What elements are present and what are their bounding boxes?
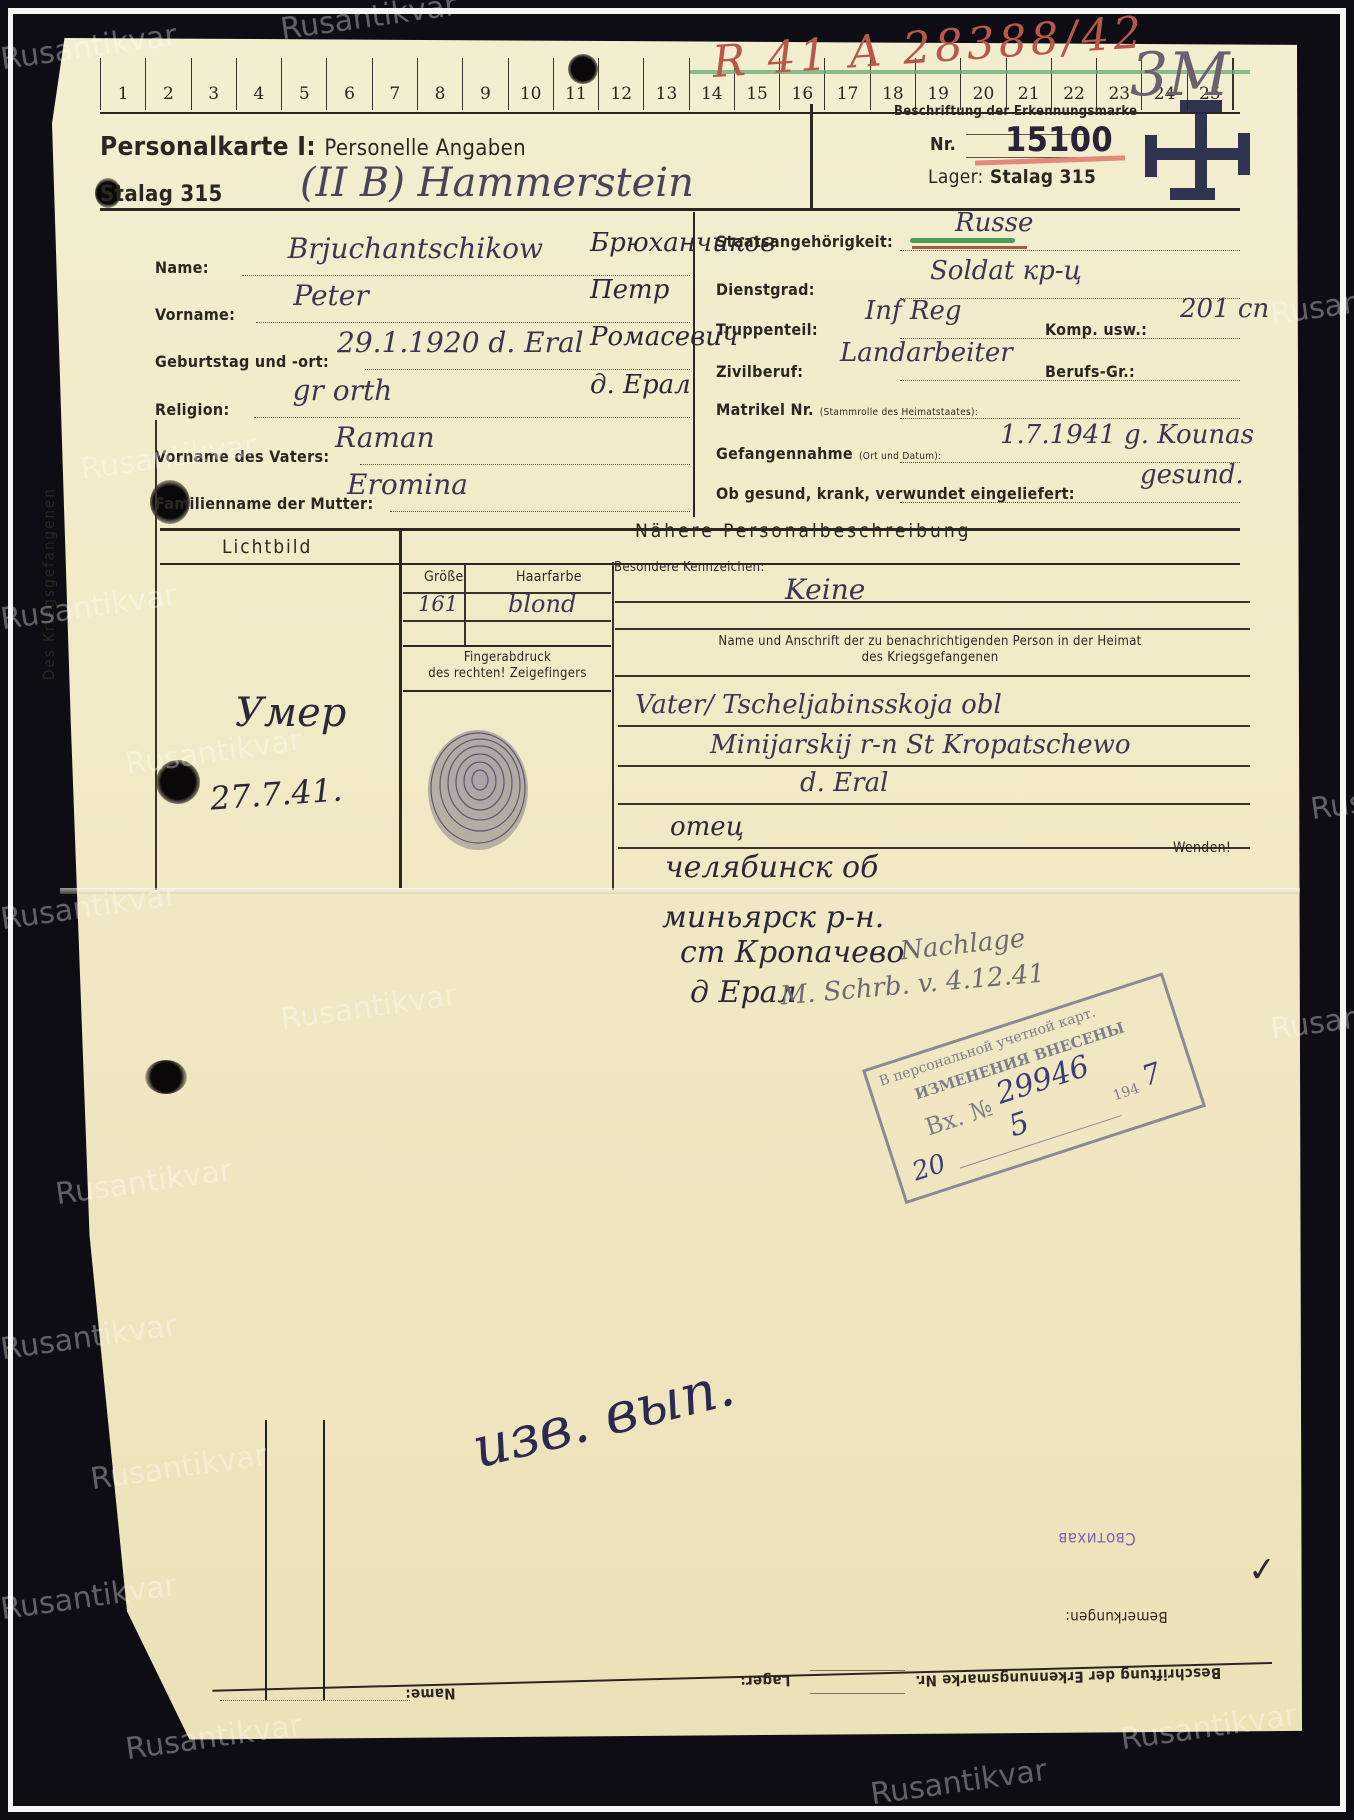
tag-box-divider	[810, 104, 813, 210]
fingerprint-top-rule	[403, 645, 611, 647]
field-extra-value: 201 сп	[1180, 294, 1269, 324]
field-label-text: Staatsangehörigkeit:	[716, 232, 893, 251]
field-value: Russe	[955, 208, 1033, 238]
stamp-day: 20	[909, 1149, 950, 1188]
size-label: Größe	[424, 569, 464, 585]
tag-lager-value: Stalag 315	[990, 166, 1096, 188]
burn-hole	[145, 1060, 187, 1094]
grid-cell: 3	[191, 58, 236, 110]
grid-cell: 4	[236, 58, 281, 110]
tag-lager-label: Lager:	[928, 166, 984, 188]
grid-cell: 9	[462, 58, 507, 110]
field-label: Vorname:	[155, 305, 235, 324]
grid-cell: 7	[372, 58, 417, 110]
cyrillic-note: ст Кропачево	[680, 935, 904, 970]
field-line	[360, 464, 690, 465]
field-label: Religion:	[155, 400, 230, 419]
field-annotation: Петр	[590, 275, 669, 305]
field-label-text: Gefangennahme	[716, 444, 853, 463]
description-heading: Nähere Personalbeschreibung	[635, 520, 972, 542]
tag-box-heading: Beschriftung der Erkennungsmarke	[894, 104, 1137, 119]
hair-value: blond	[508, 590, 576, 618]
size-hair-divider	[464, 565, 466, 647]
field-line	[900, 502, 1240, 503]
contact-rule	[618, 725, 1250, 727]
violet-stamp: Свотихав	[1058, 1528, 1136, 1548]
marks-label: Besondere Kennzeichen:	[614, 560, 765, 575]
field-label: Staatsangehörigkeit:	[716, 232, 893, 251]
card-title-text: Personalkarte I:	[100, 132, 316, 162]
torn-line-2	[323, 1420, 325, 1700]
fingerprint-bottom-rule	[403, 690, 611, 692]
field-label-text: Matrikel Nr.	[716, 400, 814, 419]
contact-heading: Name und Anschrift der zu benachrichtige…	[615, 634, 1245, 666]
photo-divider	[399, 530, 402, 888]
field-value: gesund.	[1140, 460, 1244, 490]
burn-hole	[156, 760, 200, 804]
field-value: 29.1.1920 d. Eral	[337, 326, 584, 359]
grid-cell: 12	[598, 58, 643, 110]
grid-cell: 11	[553, 58, 598, 110]
card-subtitle: Personelle Angaben	[324, 136, 526, 161]
field-value: Eromina	[347, 468, 468, 501]
field-value: 1.7.1941 g. Kounas	[1000, 420, 1254, 450]
field-label: Geburtstag und -ort:	[155, 352, 329, 371]
tag-nr-label: Nr.	[930, 134, 956, 155]
contact-line: d. Eral	[800, 768, 888, 798]
marks-rule-2	[615, 628, 1250, 630]
field-label-text: Zivilberuf:	[716, 362, 803, 381]
field-value: gr orth	[293, 374, 393, 407]
cyrillic-note: миньярск р-н.	[662, 900, 884, 935]
field-label-text: Ob gesund, krank, verwundet eingeliefert…	[716, 484, 1075, 503]
red-underline-2	[912, 246, 1027, 249]
field-extra-label: Komp. usw.:	[1045, 320, 1147, 339]
stamp-line-3: Вх. №	[922, 1093, 996, 1141]
field-value: Peter	[293, 279, 368, 312]
field-label-text: Dienstgrad:	[716, 280, 815, 299]
size-rule-2	[403, 620, 611, 622]
field-sublabel: (Ort und Datum):	[859, 451, 941, 462]
card-title: Personalkarte I: Personelle Angaben	[100, 132, 526, 162]
field-label: Name:	[155, 258, 209, 277]
field-label: Vorname des Vaters:	[155, 447, 329, 466]
remarks-label: Bemerkungen:	[1065, 1608, 1168, 1626]
photo-heading: Lichtbild	[222, 536, 312, 558]
field-label: Zivilberuf:	[716, 362, 803, 381]
hair-label: Haarfarbe	[516, 569, 582, 585]
grid-cell: 8	[417, 58, 462, 110]
field-label: Ob gesund, krank, verwundet eingeliefert…	[716, 484, 1075, 503]
field-line	[390, 511, 690, 512]
camp-label: Stalag 315	[100, 182, 223, 207]
grid-cell: 2	[145, 58, 190, 110]
fingerprint-label: Fingerabdruck des rechten! Zeigefingers	[405, 650, 610, 682]
section-rule	[100, 208, 1240, 211]
contact-rule	[618, 847, 1250, 849]
fingerprint-label-2: des rechten! Zeigefingers	[405, 666, 610, 682]
grid-cell: 13	[643, 58, 688, 110]
contact-heading-2: des Kriegsgefangenen	[615, 650, 1245, 666]
torn-line	[265, 1420, 267, 1700]
contact-rule	[618, 803, 1250, 805]
field-annotation: д. Ерал	[590, 370, 691, 400]
field-label: Matrikel Nr.(Stammrolle des Heimatstaate…	[716, 400, 978, 419]
field-label: Familienname der Mutter:	[155, 494, 374, 513]
field-value: Landarbeiter	[840, 338, 1013, 368]
field-value: Inf Reg	[865, 296, 962, 326]
checkmark-icon: ✓	[1246, 1549, 1278, 1591]
hair-marks-divider	[612, 562, 614, 890]
contact-line: Vater/ Tscheljabinsskoja obl	[635, 690, 1002, 720]
tag-lager: Lager: Stalag 315	[928, 166, 1096, 188]
field-line	[900, 418, 1240, 419]
size-value: 161	[418, 592, 458, 616]
footer-label-3: Name:	[405, 1684, 456, 1703]
contact-rule-0	[615, 675, 1250, 677]
contact-heading-1: Name und Anschrift der zu benachrichtige…	[615, 634, 1245, 650]
field-value: Raman	[335, 421, 435, 454]
contact-line: отец	[670, 812, 744, 842]
grid-cell: 1	[100, 58, 145, 110]
fingerprint-icon	[420, 725, 535, 855]
field-value: Soldat кр-ц	[930, 256, 1082, 286]
marks-rule-1	[615, 601, 1250, 603]
vertical-label: Des Kriegsgefangenen	[40, 380, 58, 680]
photo-note: Умер	[235, 690, 346, 736]
stamp-year-suffix: 7	[1138, 1056, 1165, 1093]
cyrillic-note: челябинск об	[665, 850, 878, 885]
tag-nr-value: 15100	[1005, 120, 1113, 160]
green-underline	[910, 238, 1015, 243]
footer-dots	[220, 1700, 410, 1701]
fingerprint-label-1: Fingerabdruck	[405, 650, 610, 666]
grid-cell: 6	[326, 58, 371, 110]
field-line	[900, 250, 1240, 251]
footer-lines	[810, 1670, 905, 1694]
stamp-year-prefix: 194	[1111, 1081, 1141, 1104]
archive-cross-stamp-icon	[1145, 100, 1250, 200]
field-label-text: Truppenteil:	[716, 320, 818, 339]
field-label: Dienstgrad:	[716, 280, 815, 299]
field-extra-label: Berufs-Gr.:	[1045, 362, 1135, 381]
grid-cell: 5	[281, 58, 326, 110]
side-margin-line	[155, 420, 157, 890]
field-line	[254, 417, 690, 418]
contact-rule	[618, 765, 1250, 767]
field-label: Gefangennahme(Ort und Datum):	[716, 444, 941, 463]
fold-line	[60, 888, 1300, 894]
grid-cell: 22	[1051, 58, 1096, 110]
hammerstein-annotation: (II B) Hammerstein	[300, 160, 694, 206]
footer-label-2: Lager:	[740, 1671, 791, 1690]
field-value: Brjuchantschikow	[288, 232, 543, 265]
turn-over-label: Wenden!	[1173, 840, 1231, 856]
field-sublabel: (Stammrolle des Heimatstaates):	[820, 407, 978, 418]
grid-cell: 10	[508, 58, 553, 110]
stamp-month: 5	[1005, 1105, 1034, 1144]
contact-line: Minijarskij r-n St Kropatschewo	[710, 730, 1131, 760]
field-label: Truppenteil:	[716, 320, 818, 339]
